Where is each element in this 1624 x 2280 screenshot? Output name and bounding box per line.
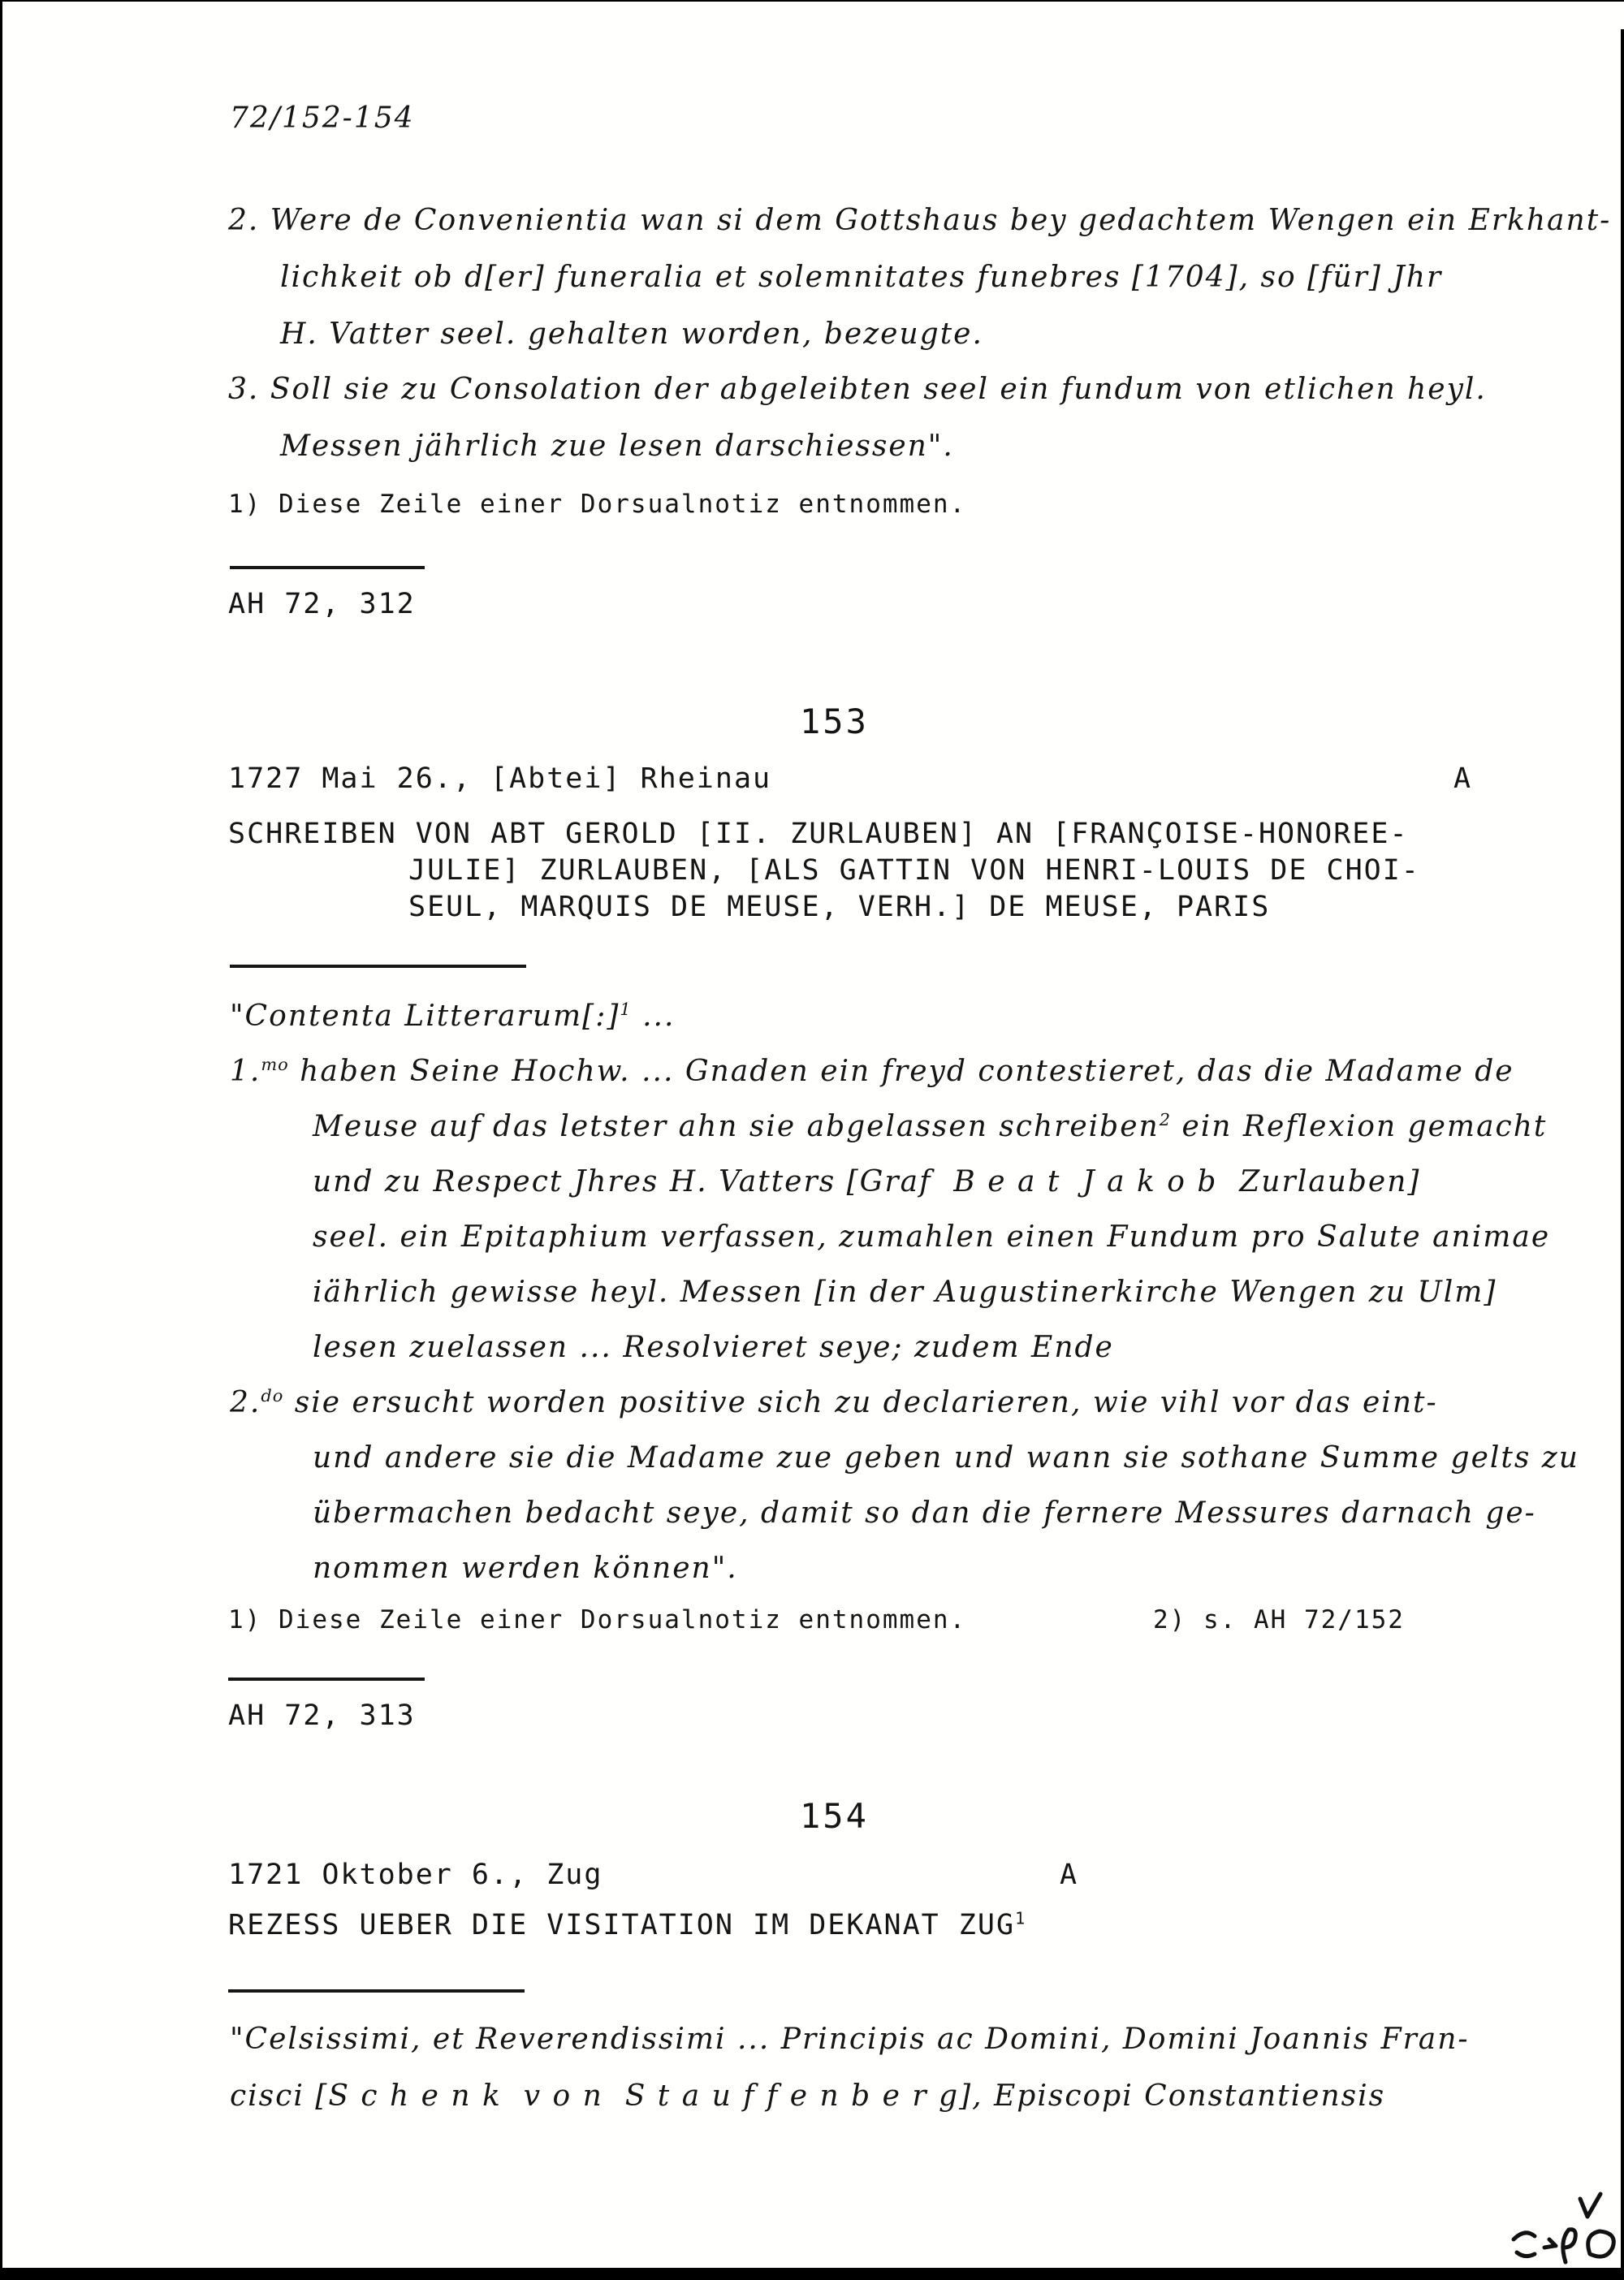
item3-line1: 3. Soll sie zu Consolation der abgeleibt… — [228, 374, 1487, 406]
scan-edge-top — [0, 0, 1624, 2]
quote-153-line1-post: ... — [632, 1000, 676, 1033]
section-divider — [228, 1989, 525, 1993]
quote-153-line3: Meuse auf das letster ahn sie abgelassen… — [313, 1111, 1547, 1143]
quote-153-line2: 1.mo haben Seine Hochw. ... Gnaden ein f… — [230, 1056, 1514, 1088]
section-divider — [228, 1678, 425, 1681]
quote-153-line8-text: sie ersucht worden positive sich zu decl… — [283, 1386, 1437, 1419]
item2-line1: 2. Were de Convenientia wan si dem Gotts… — [228, 205, 1611, 237]
quote-153-line1-pre: "Contenta Litterarum[:] — [230, 1000, 620, 1033]
footnote-marker-2: 2 — [1160, 1110, 1171, 1129]
document-page: 72/152-154 2. Were de Convenientia wan s… — [0, 0, 1624, 2280]
footnote-153-1: 1) Diese Zeile einer Dorsualnotiz entnom… — [228, 1606, 966, 1634]
entry-153-title-line1: SCHREIBEN VON ABT GEROLD [II. ZURLAUBEN]… — [228, 818, 1409, 850]
archive-ref-153: AH 72, 313 — [228, 1700, 416, 1732]
quote-153-line11: nommen werden können". — [313, 1552, 738, 1585]
archive-ref-152: AH 72, 312 — [228, 589, 416, 620]
entry-154-sigle: A — [1060, 1859, 1078, 1891]
scan-edge-right — [1621, 29, 1624, 2280]
item2-line3: H. Vatter seel. gehalten worden, bezeugt… — [280, 318, 983, 351]
item3-line2: Messen jährlich zue lesen darschiessen". — [280, 430, 954, 463]
quote-153-line7: lesen zuelassen ... Resolvieret seye; zu… — [313, 1332, 1114, 1364]
handwritten-mark-icon — [1509, 2191, 1624, 2272]
scan-edge-bottom — [0, 2268, 1624, 2280]
footnote-153-2: 2) s. AH 72/152 — [1153, 1606, 1405, 1634]
quote-153-line1: "Contenta Litterarum[:]1 ... — [230, 1000, 675, 1033]
quote-153-line3-pre: Meuse auf das letster ahn sie abgelassen… — [313, 1110, 1160, 1143]
entry-154-title: REZESS UEBER DIE VISITATION IM DEKANAT Z… — [228, 1910, 1026, 1941]
scan-edge-left — [0, 0, 2, 2280]
quote-153-line3-post: ein Reflexion gemacht — [1171, 1110, 1547, 1143]
ordinal-superscript-do: do — [261, 1386, 283, 1406]
entry-153-sigle: A — [1453, 763, 1472, 795]
entry-153-title-line2: JULIE] ZURLAUBEN, [ALS GATTIN VON HENRI-… — [408, 855, 1420, 887]
quote-153-line9: und andere sie die Madame zue geben und … — [313, 1442, 1579, 1475]
page-header: 72/152-154 — [230, 102, 415, 135]
footnote-marker-1: 1 — [1015, 1908, 1026, 1928]
quote-153-item2-number: 2. — [230, 1386, 261, 1419]
footnote-152: 1) Diese Zeile einer Dorsualnotiz entnom… — [228, 490, 966, 518]
quote-154-line1: "Celsissimi, et Reverendissimi ... Princ… — [230, 2023, 1470, 2056]
item2-line2: lichkeit ob d[er] funeralia et solemnita… — [280, 261, 1442, 294]
quote-153-line5: seel. ein Epitaphium verfassen, zumahlen… — [313, 1221, 1550, 1254]
section-divider — [230, 566, 425, 569]
quote-153-item1-number: 1. — [230, 1055, 261, 1088]
entry-154-date-place: 1721 Oktober 6., Zug — [228, 1859, 603, 1891]
quote-154-line2: cisci [S c h e n k v o n S t a u f f e n… — [230, 2080, 1385, 2113]
entry-153-number: 153 — [800, 703, 869, 741]
quote-153-line2-text: haben Seine Hochw. ... Gnaden ein freyd … — [289, 1055, 1514, 1088]
quote-153-line6: iährlich gewisse heyl. Messen [in der Au… — [313, 1276, 1497, 1309]
quote-153-line4: und zu Respect Jhres H. Vatters [Graf B … — [313, 1166, 1420, 1198]
entry-154-title-text: REZESS UEBER DIE VISITATION IM DEKANAT Z… — [228, 1909, 1015, 1941]
ordinal-superscript-mo: mo — [261, 1055, 288, 1074]
footnote-marker-1: 1 — [620, 1000, 631, 1019]
entry-153-date-place: 1727 Mai 26., [Abtei] Rheinau — [228, 763, 771, 795]
quote-153-line10: übermachen bedacht seye, damit so dan di… — [313, 1497, 1536, 1530]
quote-153-line8: 2.do sie ersucht worden positive sich zu… — [230, 1387, 1438, 1419]
section-divider — [230, 965, 526, 968]
entry-153-title-line3: SEUL, MARQUIS DE MEUSE, VERH.] DE MEUSE,… — [408, 892, 1270, 923]
entry-154-number: 154 — [800, 1798, 869, 1835]
